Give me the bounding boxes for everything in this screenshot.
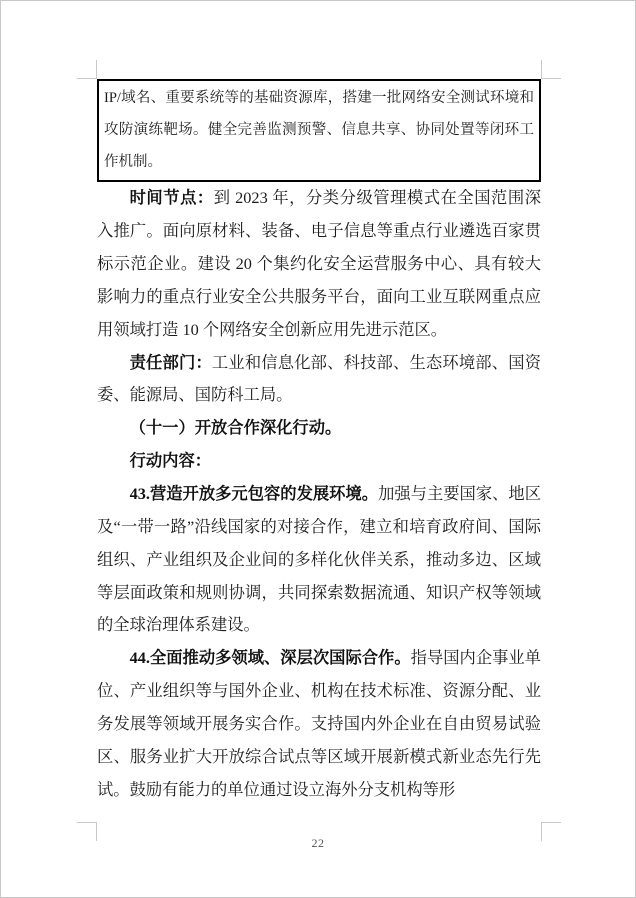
item-44-text: 指导国内企事业单位、产业组织等与国外企业、机构在技术标准、资源分配、业务发展等领… xyxy=(97,648,541,798)
document-page: IP/域名、重要系统等的基础资源库，搭建一批网络安全测试环境和攻防演练靶场。健全… xyxy=(0,0,636,898)
label-action-content-text: 行动内容： xyxy=(130,451,211,470)
text-area: IP/域名、重要系统等的基础资源库，搭建一批网络安全测试环境和攻防演练靶场。健全… xyxy=(97,79,541,806)
label-action-content: 行动内容： xyxy=(97,445,541,478)
page-number: 22 xyxy=(1,836,635,851)
margin-crop-mark-top-right xyxy=(541,60,542,79)
item-43-text: 加强与主要国家、地区及“一带一路”沿线国家的对接合作，建立和培育政府间、国际组织… xyxy=(97,484,541,634)
paragraph-time-node: 时间节点：到 2023 年，分类分级管理模式在全国范围深入推广。面向原材料、装备… xyxy=(97,182,541,346)
heading-section-11-text: （十一）开放合作深化行动。 xyxy=(130,418,342,437)
item-44-title: 44.全面推动多领域、深层次国际合作。 xyxy=(130,648,411,667)
paragraph-item-44: 44.全面推动多领域、深层次国际合作。指导国内企事业单位、产业组织等与国外企业、… xyxy=(97,642,541,806)
margin-crop-mark-top-left xyxy=(96,60,97,79)
paragraph-responsible-departments: 责任部门：工业和信息化部、科技部、生态环境部、国资委、能源局、国防科工局。 xyxy=(97,347,541,413)
time-node-text: 到 2023 年，分类分级管理模式在全国范围深入推广。面向原材料、装备、电子信息… xyxy=(97,188,541,338)
time-node-label: 时间节点： xyxy=(130,188,214,207)
body-text: 时间节点：到 2023 年，分类分级管理模式在全国范围深入推广。面向原材料、装备… xyxy=(97,182,541,806)
margin-crop-mark-bottom-right xyxy=(542,822,561,823)
item-43-title: 43.营造开放多元包容的发展环境。 xyxy=(130,484,378,503)
margin-crop-mark-bottom-left xyxy=(77,822,96,823)
margin-crop-mark-top-right xyxy=(542,78,561,79)
paragraph-item-43: 43.营造开放多元包容的发展环境。加强与主要国家、地区及“一带一路”沿线国家的对… xyxy=(97,478,541,642)
responsible-departments-label: 责任部门： xyxy=(130,353,212,372)
heading-section-11: （十一）开放合作深化行动。 xyxy=(97,412,541,445)
table-cell-box: IP/域名、重要系统等的基础资源库，搭建一批网络安全测试环境和攻防演练靶场。健全… xyxy=(97,79,541,182)
margin-crop-mark-top-left xyxy=(77,78,96,79)
